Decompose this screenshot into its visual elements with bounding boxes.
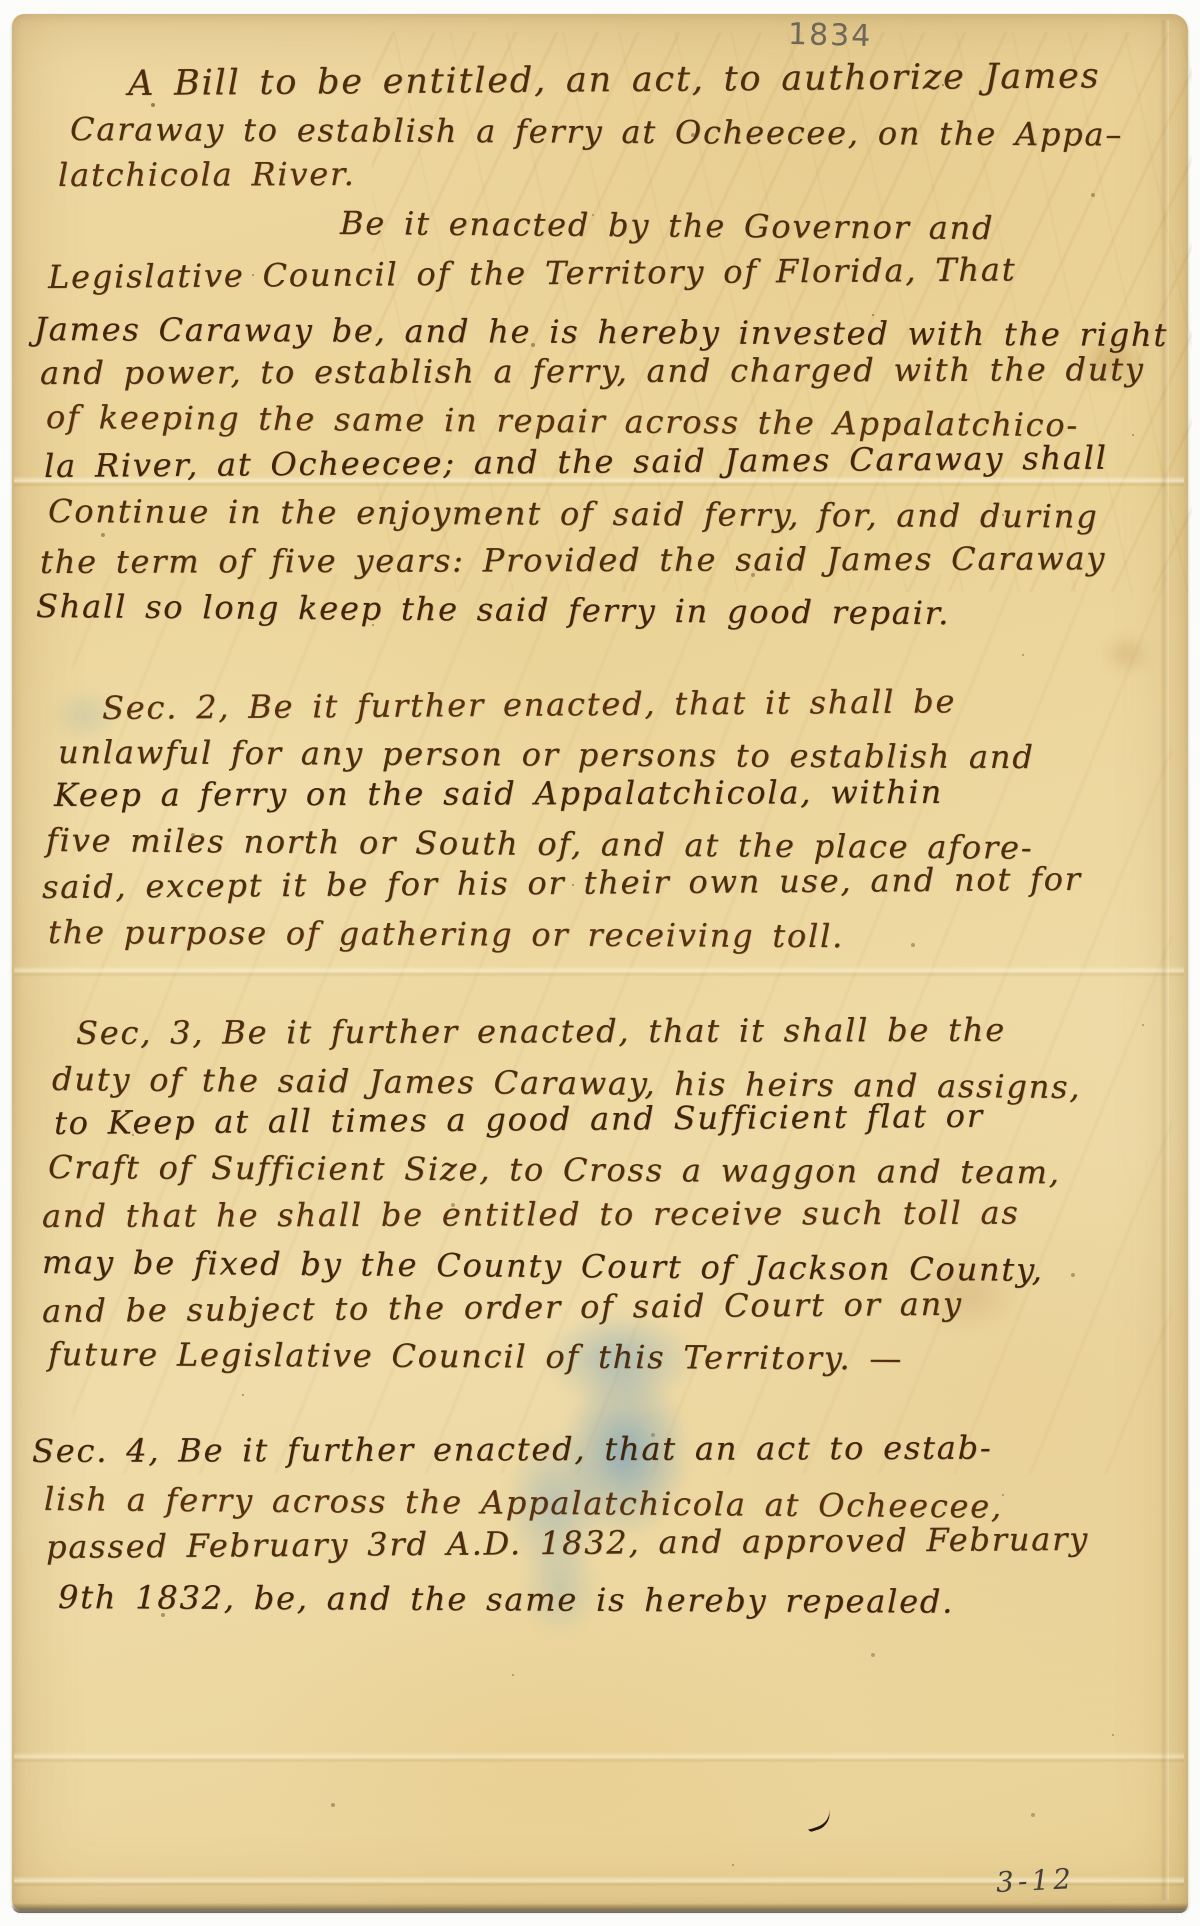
manuscript-line: Sec. 4, Be it further enacted, that an a… (32, 1429, 993, 1470)
foxing-stain (1102, 634, 1152, 674)
manuscript-line: lish a ferry across the Appalatchicola a… (44, 1480, 1003, 1526)
manuscript-line: James Caraway be, and he is hereby inves… (34, 310, 1168, 354)
manuscript-line: latchicola River. (58, 155, 356, 194)
manuscript-line: Keep a ferry on the said Appalatchicola,… (54, 773, 943, 814)
manuscript-line: Be it enacted by the Governor and (340, 204, 995, 247)
manuscript-line: unlawful for any person or persons to es… (58, 733, 1035, 776)
manuscript-line: 9th 1832, be, and the same is hereby rep… (58, 1578, 954, 1621)
manuscript-line: Continue in the enjoyment of said ferry,… (48, 492, 1099, 535)
fold-crease (14, 966, 1184, 977)
manuscript-line: Legislative Council of the Territory of … (48, 250, 1017, 296)
manuscript-line: Sec. 2, Be it further enacted, that it s… (102, 682, 956, 727)
manuscript-line: Shall so long keep the said ferry in goo… (36, 587, 951, 632)
pencil-year-annotation: 1834 (788, 17, 873, 54)
age-speckles (12, 14, 14, 16)
manuscript-line: and that he shall be entitled to receive… (42, 1194, 1020, 1235)
manuscript-line: and be subject to the order of said Cour… (42, 1285, 963, 1330)
manuscript-line: Caraway to establish a ferry at Ocheecee… (70, 110, 1123, 154)
document-paper (12, 14, 1188, 1910)
manuscript-line: to Keep at all times a good and Sufficie… (54, 1097, 984, 1142)
manuscript-line: Sec, 3, Be it further enacted, that it s… (76, 1011, 1006, 1052)
manuscript-line: and power, to establish a ferry, and cha… (40, 350, 1145, 392)
manuscript-line: Craft of Sufficient Size, to Cross a wag… (48, 1148, 1061, 1191)
vertical-fold-edge (1160, 20, 1169, 1900)
document-scan: 1834 A Bill to be entitled, an act, to a… (0, 0, 1200, 1926)
manuscript-line: future Legislative Council of this Terri… (48, 1335, 903, 1377)
fold-crease (14, 1752, 1184, 1763)
manuscript-line: the purpose of gathering or receiving to… (48, 913, 844, 955)
manuscript-line: A Bill to be entitled, an act, to author… (128, 56, 1101, 104)
manuscript-line: the term of five years: Provided the sai… (40, 539, 1106, 581)
manuscript-line: of keeping the same in repair across the… (46, 398, 1079, 444)
manuscript-line: five miles north or South of, and at the… (46, 821, 1034, 867)
archival-page-number: 3-12 (995, 1862, 1076, 1899)
manuscript-line: may be fixed by the County Court of Jack… (42, 1243, 1044, 1289)
